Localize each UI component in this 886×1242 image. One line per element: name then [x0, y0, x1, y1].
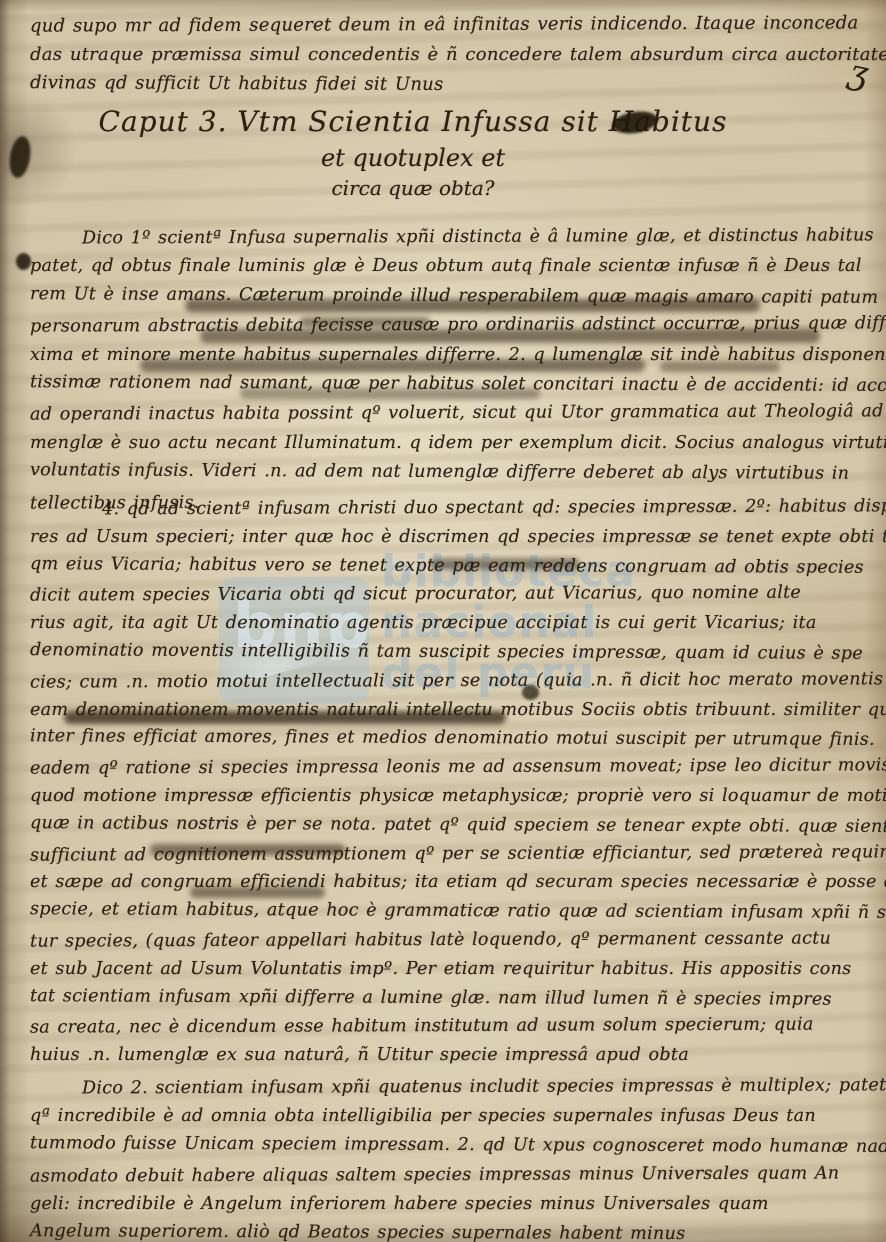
heading-line-3: circa quæ obta? — [0, 173, 826, 203]
manuscript-line: quæ in actibus nostris è per se nota. pa… — [30, 809, 868, 841]
manuscript-line: eadem qº ratione si species impressa leo… — [30, 752, 868, 784]
ink-smear — [190, 887, 325, 898]
paragraph-dico-2: Dico 2. scientiam infusam xpñi quatenus … — [30, 1073, 868, 1242]
manuscript-line: quod motione impressæ efficientis physic… — [30, 782, 868, 811]
ink-smear — [200, 329, 820, 343]
ink-blot — [16, 253, 31, 270]
ink-smear — [185, 299, 760, 312]
manuscript-line: qª incredibile è ad omnia obta intelligi… — [30, 1102, 868, 1131]
manuscript-line: tummodo fuisse Unicam speciem impressam.… — [30, 1130, 868, 1163]
manuscript-line: tur species, (quas fateor appellari habi… — [30, 924, 868, 956]
manuscript-line: huius .n. lumenglæ ex sua naturâ, ñ Utit… — [30, 1041, 868, 1070]
manuscript-line: asmodato debuit habere aliquas saltem sp… — [30, 1159, 868, 1191]
ink-smear — [300, 317, 430, 327]
opening-paragraph: qud supo mr ad fidem sequeret deum in eâ… — [30, 10, 868, 100]
paragraph-4: 4. qd ad scientª infusam christi duo spe… — [30, 494, 868, 1070]
chapter-heading: Caput 3. Vtm Scientia Infussa sit Habitu… — [0, 101, 826, 203]
manuscript-line: sa creata, nec è dicendum esse habitum i… — [30, 1011, 868, 1043]
manuscript-line: et sæpe ad congruam efficiendi habitus; … — [30, 868, 868, 897]
manuscript-line: menglæ è suo actu necant Illuminatum. q … — [30, 429, 868, 458]
manuscript-line: geli: incredibile è Angelum inferiorem h… — [30, 1190, 868, 1219]
manuscript-line: Angelum superiorem. aliò qd Beatos speci… — [30, 1217, 868, 1242]
manuscript-line: inter fines efficiat amores, fines et me… — [30, 723, 868, 755]
ink-smear — [240, 388, 540, 399]
manuscript-line: specie, et etiam habitus, atque hoc è gr… — [30, 895, 868, 927]
ink-blot — [522, 685, 539, 700]
ink-smear — [660, 362, 780, 372]
heading-line-2: et quotuplex et — [0, 143, 826, 173]
manuscript-line: Dico 1º scientª Infusa supernalis xpñi d… — [30, 221, 868, 254]
manuscript-line: qud supo mr ad fidem sequeret deum in eâ… — [30, 8, 868, 41]
ink-smear — [64, 711, 506, 724]
ink-smear — [150, 844, 345, 855]
manuscript-line: das utraque præmissa simul concedentis è… — [30, 40, 868, 70]
manuscript-line: et sub Jacent ad Usum Voluntatis impº. P… — [30, 955, 868, 984]
heading-line-1: Caput 3. Vtm Scientia Infussa sit Habitu… — [0, 101, 826, 143]
manuscript-line: patet, qd obtus finale luminis glæ è Deu… — [30, 252, 868, 281]
manuscript-line: cies; cum .n. motio motui intellectuali … — [30, 665, 868, 697]
manuscript-line: 4. qd ad scientª infusam christi duo spe… — [30, 492, 868, 524]
manuscript-line: ad operandi inactus habita possint qº vo… — [30, 398, 868, 431]
manuscript-line: tat scientiam infusam xpñi differre a lu… — [30, 982, 868, 1014]
manuscript-line: denominatio moventis intelligibilis ñ ta… — [30, 636, 868, 668]
manuscript-page: bnp biblioteca nacional del perú qud sup… — [0, 0, 886, 1242]
manuscript-line: rius agit, ita agit Ut denominatio agent… — [30, 609, 868, 638]
ink-smear — [140, 359, 645, 372]
manuscript-line: res ad Usum specieri; inter quæ hoc è di… — [30, 523, 868, 552]
manuscript-line: divinas qd sufficit Ut habitus fidei sit… — [30, 68, 868, 102]
manuscript-line: voluntatis infusis. Videri .n. ad dem na… — [30, 456, 868, 489]
manuscript-line: dicit autem species Vicaria obti qd sicu… — [30, 579, 868, 611]
ink-smear — [430, 558, 580, 570]
manuscript-line: Dico 2. scientiam infusam xpñi quatenus … — [30, 1071, 868, 1103]
